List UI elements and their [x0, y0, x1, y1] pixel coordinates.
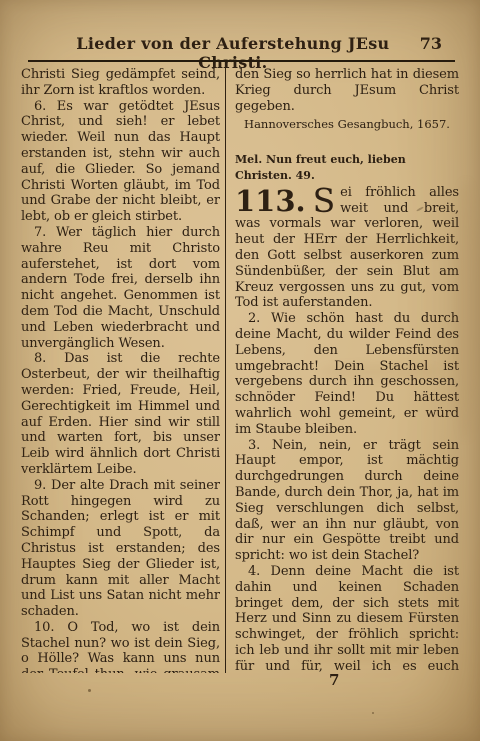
left-column: Christi Sieg gedämpfet seind, ihr Zorn i…	[21, 67, 220, 673]
hymn-113-verse-1: 113. S ei fröhlich alles weit und breit,…	[235, 185, 459, 311]
verse-paragraph-6: 6. Es war getödtet JEsus Christ, und sie…	[21, 99, 220, 225]
text-columns: Christi Sieg gedämpfet seind, ihr Zorn i…	[21, 67, 459, 673]
right-column: den Sieg so herrlich hat in diesem Krieg…	[235, 67, 459, 673]
verse-paragraph-9: 9. Der alte Drach mit seiner Rott hingeg…	[21, 478, 220, 620]
page-number: 73	[420, 34, 456, 53]
hymn-attribution: Hannoversches Gesangbuch, 1657.	[235, 117, 459, 133]
drop-cap-initial: S	[313, 186, 336, 215]
verse-paragraph-2: 2. Wie schön hast du durch deine Macht, …	[235, 311, 459, 437]
paper-speck	[372, 712, 374, 714]
column-divider-rule	[225, 67, 226, 673]
verse-paragraph-3: 3. Nein, nein, er trägt sein Haupt empor…	[235, 438, 459, 564]
verse-paragraph-10: 10. O Tod, wo ist dein Stachel nun? wo i…	[21, 620, 220, 673]
book-page: Lieder von der Auferstehung JEsu Christi…	[0, 0, 480, 741]
hymn-continuation-paragraph: den Sieg so herrlich hat in diesem Krieg…	[235, 67, 459, 114]
verse-paragraph-7: 7. Wer täglich hier durch wahre Reu mit …	[21, 225, 220, 351]
verse-paragraph-8: 8. Das ist die rechte Osterbeut, der wir…	[21, 351, 220, 477]
hymn-number: 113.	[235, 187, 306, 216]
paper-speck	[88, 689, 91, 692]
printer-signature-mark: 7	[329, 671, 339, 689]
melody-line: Mel. Nun freut euch, lieben Christen. 49…	[235, 152, 459, 184]
verse-paragraph-4: 4. Denn deine Macht die ist dahin und ke…	[235, 564, 459, 673]
header-rule	[28, 60, 455, 62]
hymn-continuation-paragraph: Christi Sieg gedämpfet seind, ihr Zorn i…	[21, 67, 220, 99]
